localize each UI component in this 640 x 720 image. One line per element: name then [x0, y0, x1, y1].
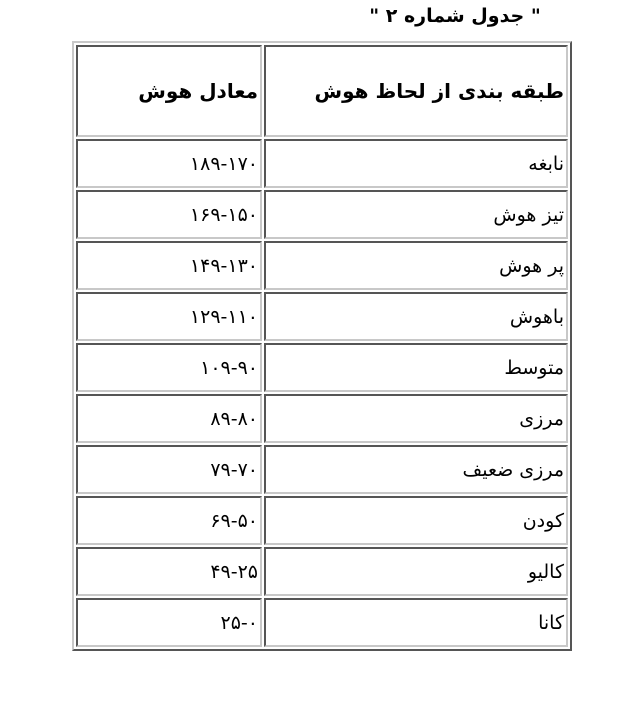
range-cell: ۱۲۹-۱۱۰: [76, 292, 262, 341]
range-cell: ۱۸۹-۱۷۰: [76, 139, 262, 188]
range-cell: ۴۹-۲۵: [76, 547, 262, 596]
category-cell: کودن: [264, 496, 568, 545]
table-title: " جدول شماره ۲ ": [330, 4, 580, 28]
table-row: کودن ۶۹-۵۰: [76, 496, 568, 545]
table-row: مرزی ضعیف ۷۹-۷۰: [76, 445, 568, 494]
header-category: طبقه بندی از لحاظ هوش: [264, 45, 568, 137]
range-cell: ۱۴۹-۱۳۰: [76, 241, 262, 290]
range-cell: ۲۵-۰: [76, 598, 262, 647]
category-cell: نابغه: [264, 139, 568, 188]
table-row: کالیو ۴۹-۲۵: [76, 547, 568, 596]
range-cell: ۶۹-۵۰: [76, 496, 262, 545]
header-iq-equivalent: معادل هوش: [76, 45, 262, 137]
category-cell: کانا: [264, 598, 568, 647]
iq-classification-table: طبقه بندی از لحاظ هوش معادل هوش نابغه ۱۸…: [72, 41, 572, 651]
category-cell: پر هوش: [264, 241, 568, 290]
category-cell: مرزی ضعیف: [264, 445, 568, 494]
range-cell: ۱۰۹-۹۰: [76, 343, 262, 392]
table-row: تیز هوش ۱۶۹-۱۵۰: [76, 190, 568, 239]
table-row: پر هوش ۱۴۹-۱۳۰: [76, 241, 568, 290]
category-cell: مرزی: [264, 394, 568, 443]
table-row: نابغه ۱۸۹-۱۷۰: [76, 139, 568, 188]
category-cell: تیز هوش: [264, 190, 568, 239]
range-cell: ۸۹-۸۰: [76, 394, 262, 443]
table-row: مرزی ۸۹-۸۰: [76, 394, 568, 443]
category-cell: کالیو: [264, 547, 568, 596]
table-row: متوسط ۱۰۹-۹۰: [76, 343, 568, 392]
range-cell: ۱۶۹-۱۵۰: [76, 190, 262, 239]
table-row: کانا ۲۵-۰: [76, 598, 568, 647]
range-cell: ۷۹-۷۰: [76, 445, 262, 494]
category-cell: باهوش: [264, 292, 568, 341]
table-row: باهوش ۱۲۹-۱۱۰: [76, 292, 568, 341]
category-cell: متوسط: [264, 343, 568, 392]
table-header-row: طبقه بندی از لحاظ هوش معادل هوش: [76, 45, 568, 137]
